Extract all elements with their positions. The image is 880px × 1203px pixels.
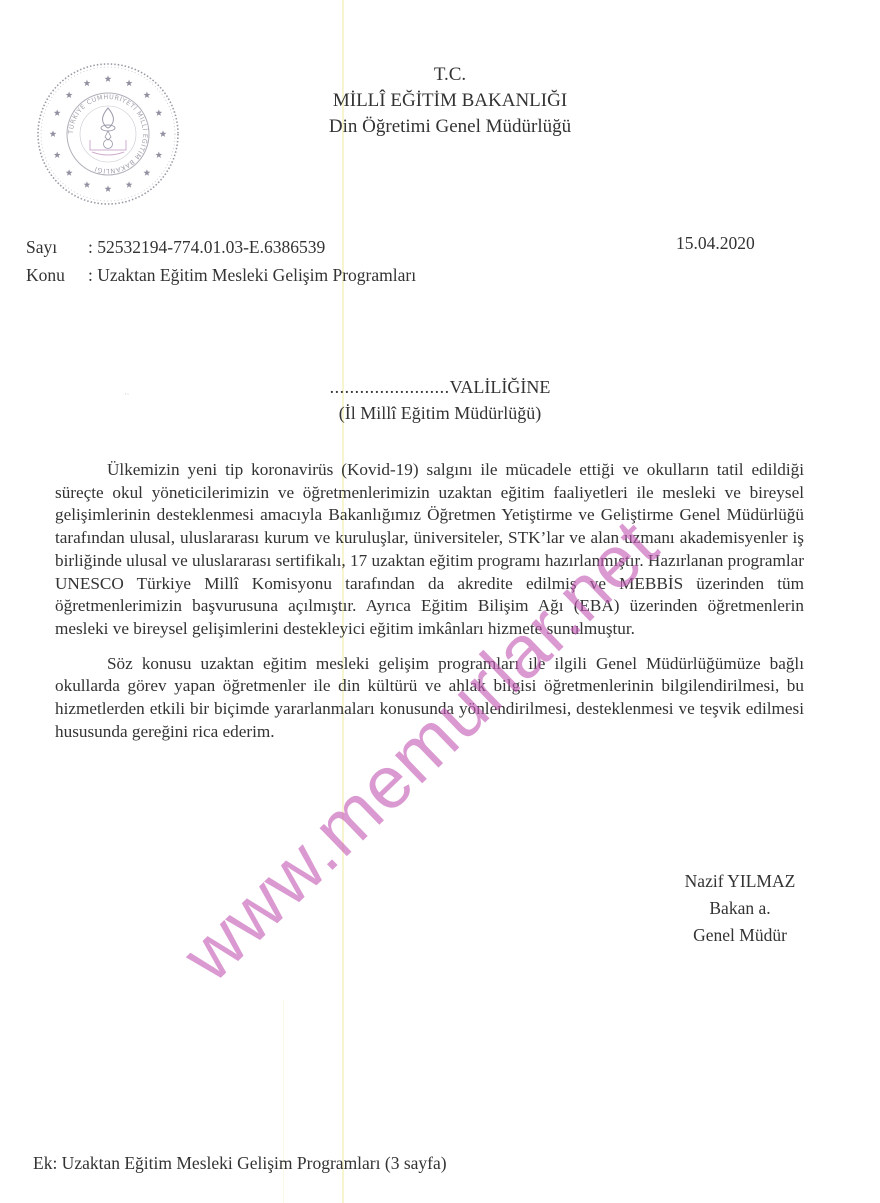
scan-speck: ˈ˙ (124, 392, 129, 401)
recipient-placeholder-dots: ........................ (330, 377, 450, 397)
recipient-title: VALİLİĞİNE (450, 377, 551, 397)
letterhead: T.C. MİLLÎ EĞİTİM BAKANLIĞI Din Öğretimi… (230, 62, 670, 140)
ministry-seal-icon: TÜRKİYE CUMHURİYETİ MİLLÎ EĞİTİM BAKANLI… (34, 60, 182, 208)
subject-value: : Uzaktan Eğitim Mesleki Gelişim Program… (88, 265, 416, 285)
attachment-note: Ek: Uzaktan Eğitim Mesleki Gelişim Progr… (33, 1153, 447, 1174)
recipient-subtitle: (İl Millî Eğitim Müdürlüğü) (200, 400, 680, 426)
header-ministry: MİLLÎ EĞİTİM BAKANLIĞI (230, 88, 670, 114)
body-paragraph-2: Söz konusu uzaktan eğitim mesleki gelişi… (55, 653, 804, 744)
subject-label: Konu (26, 261, 88, 289)
letter-body: Ülkemizin yeni tip koronavirüs (Kovid-19… (55, 459, 804, 743)
reference-number-row: Sayı: 52532194-774.01.03-E.6386539 (26, 233, 416, 261)
subject-row: Konu: Uzaktan Eğitim Mesleki Gelişim Pro… (26, 261, 416, 289)
recipient-line: ........................VALİLİĞİNE (200, 374, 680, 400)
header-tc: T.C. (230, 62, 670, 88)
signatory-title-1: Bakan a. (640, 895, 840, 922)
header-department: Din Öğretimi Genel Müdürlüğü (230, 114, 670, 140)
reference-number-label: Sayı (26, 233, 88, 261)
body-paragraph-1: Ülkemizin yeni tip koronavirüs (Kovid-19… (55, 459, 804, 641)
signature-block: Nazif YILMAZ Bakan a. Genel Müdür (640, 868, 840, 949)
signatory-name: Nazif YILMAZ (640, 868, 840, 895)
recipient-block: ........................VALİLİĞİNE (İl M… (200, 374, 680, 426)
document-date: 15.04.2020 (676, 233, 755, 254)
document-meta: Sayı: 52532194-774.01.03-E.6386539 Konu:… (26, 233, 416, 289)
reference-number-value: : 52532194-774.01.03-E.6386539 (88, 237, 325, 257)
signatory-title-2: Genel Müdür (640, 922, 840, 949)
